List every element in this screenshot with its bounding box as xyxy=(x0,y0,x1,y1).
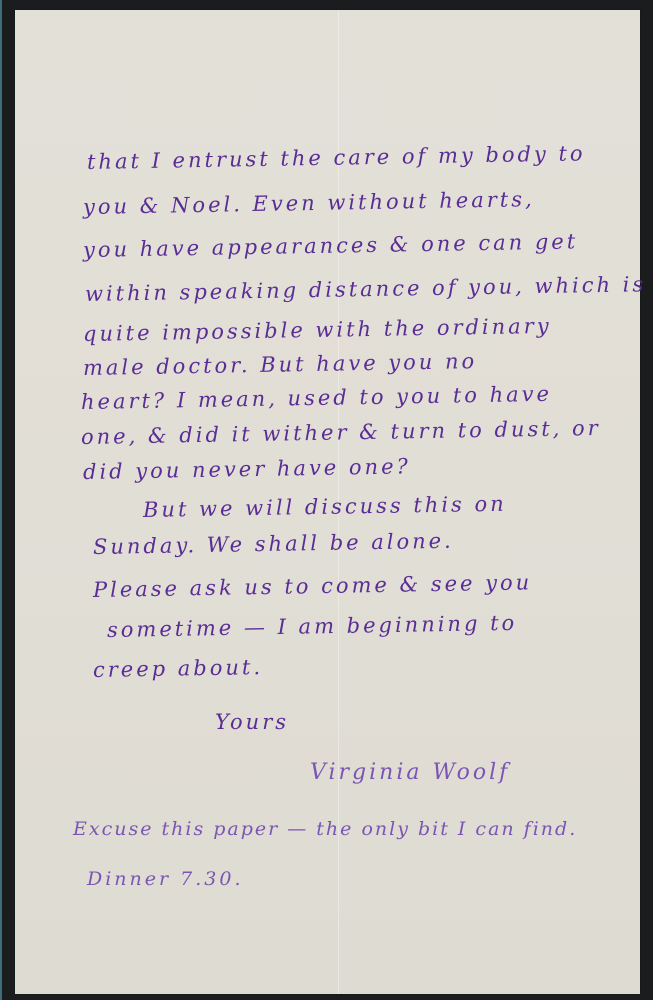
letter-line-2: you & Noel. Even without hearts, xyxy=(83,187,535,219)
letter-closing: Yours xyxy=(215,710,289,734)
letter-line-3: you have appearances & one can get xyxy=(83,229,579,262)
letter-signature: Virginia Woolf xyxy=(310,760,510,785)
letter-line-4: within speaking distance of you, which i… xyxy=(85,272,647,306)
letter-line-11: Sunday. We shall be alone. xyxy=(93,529,454,559)
letter-line-9: did you never have one? xyxy=(83,454,411,484)
letter-line-10: But we will discuss this on xyxy=(143,492,507,522)
letter-line-1: that I entrust the care of my body to xyxy=(87,141,586,174)
scan-edge-strip xyxy=(0,0,2,1000)
letter-line-7: heart? I mean, used to you to have xyxy=(81,382,552,414)
letter-line-8: one, & did it wither & turn to dust, or xyxy=(81,416,601,449)
postscript-line-1: Excuse this paper — the only bit I can f… xyxy=(73,818,577,840)
letter-line-5: quite impossible with the ordinary xyxy=(83,314,552,346)
letter-line-14: creep about. xyxy=(93,655,263,682)
letter-line-12: Please ask us to come & see you xyxy=(93,570,533,602)
postscript-line-2: Dinner 7.30. xyxy=(87,868,244,890)
letter-line-6: male doctor. But have you no xyxy=(83,349,478,380)
letter-line-13: sometime — I am beginning to xyxy=(107,611,518,642)
letter-page: that I entrust the care of my body to yo… xyxy=(15,10,640,994)
